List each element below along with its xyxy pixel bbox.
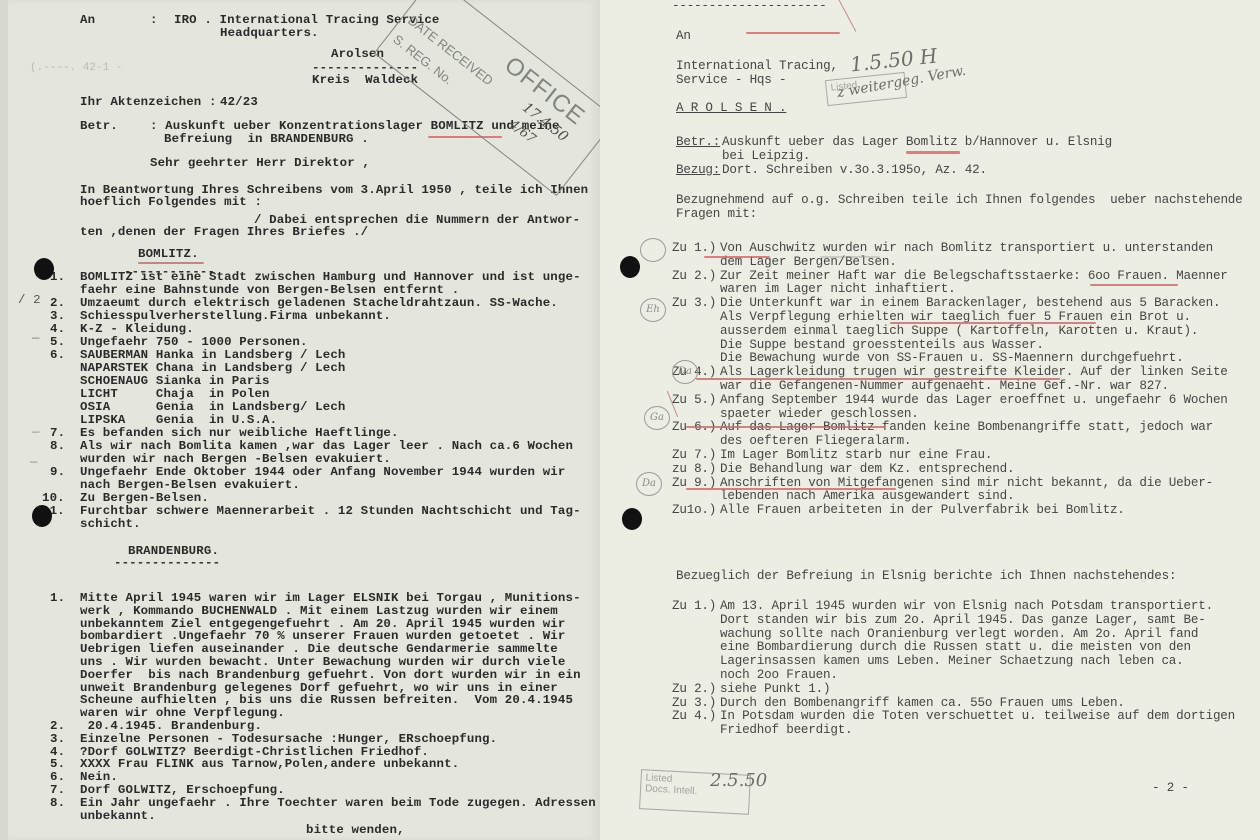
answer-line: Einzelne Personen - Todesursache :Hunger… <box>80 733 497 746</box>
answer-line: schicht. <box>80 518 141 531</box>
punch-hole <box>622 508 642 530</box>
answer-label: Zu 4.) <box>672 710 716 723</box>
punch-hole <box>620 256 640 278</box>
mail-office-stamp: OFFICE DATE RECEIVED S. REG. No. 17.4.50… <box>374 0 600 196</box>
page-number: - 2 - <box>1152 782 1189 795</box>
answer-line: Die Suppe bestand groesstenteils aus Was… <box>720 339 1044 352</box>
red-pencil-underline <box>890 322 1096 324</box>
margin-mark: — <box>32 332 40 345</box>
answer-line: Ein Jahr ungefaehr . Ihre Toechter waren… <box>80 797 596 810</box>
answer-line: Zur Zeit meiner Haft war die Belegschaft… <box>720 270 1228 283</box>
red-pencil-underline <box>686 488 896 490</box>
answer-line: Auf das Lager Bomlitz fanden keine Bombe… <box>720 421 1213 434</box>
margin-annotation: Ga <box>644 406 670 430</box>
item-number: 6. <box>50 349 65 362</box>
answer-label: Zu 7.) <box>672 449 716 462</box>
item-number: 8. <box>50 440 65 453</box>
reference-value: 42/23 <box>220 96 258 109</box>
answer-line: Von Auschwitz wurden wir nach Bomlitz tr… <box>720 242 1213 255</box>
answer-line: Friedhof beerdigt. <box>720 724 852 737</box>
heading-rule: -------------- <box>114 557 220 570</box>
answer-label: Zu 6.) <box>672 421 716 434</box>
salutation: Sehr geehrter Herr Direktor , <box>150 157 370 170</box>
punch-hole <box>34 258 54 280</box>
listed-date: 2.5.50 <box>710 770 767 791</box>
elsnig-intro: Bezueglich der Befreiung in Elsnig beric… <box>676 570 1176 583</box>
intro-line-2: hoeflich Folgendes mit : <box>80 196 262 209</box>
answer-line: Lagerinsassen kamen ums Leben. Meiner Sc… <box>720 655 1184 668</box>
answer-line: Im Lager Bomlitz starb nur eine Frau. <box>720 449 992 462</box>
answer-line: Durch den Bombenangriff kamen ca. 55o Fr… <box>720 697 1125 710</box>
recipient-line-2: Service - Hqs - <box>676 74 786 87</box>
intro-line-1: Bezugnehmend auf o.g. Schreiben teile ic… <box>676 194 1243 207</box>
an-label: An <box>80 14 95 27</box>
subject-line-2: Befreiung in BRANDENBURG . <box>164 133 369 146</box>
answer-line: wachung sollte nach Oranienburg verlegt … <box>720 628 1198 641</box>
item-number: 3. <box>50 733 65 746</box>
answer-line: Alle Frauen arbeiteten in der Pulverfabr… <box>720 504 1125 517</box>
recipient-line-1: International Tracing, <box>676 60 838 73</box>
answer-line: eine Bombardierung durch die Russen stat… <box>720 641 1191 654</box>
margin-annotation: Da <box>672 360 698 384</box>
red-pencil-underline <box>696 378 1060 380</box>
answer-line: siehe Punkt 1.) <box>720 683 830 696</box>
an-colon: : <box>150 14 158 27</box>
answer-line: war die Gefangenen-Nummer aufgenaeht. Me… <box>720 380 1169 393</box>
recipient-line-2: Headquarters. <box>220 27 319 40</box>
answer-label: Zu 1.) <box>672 242 716 255</box>
punch-hole <box>32 505 52 527</box>
answer-label: Zu 2.) <box>672 270 716 283</box>
section-heading-bomlitz: BOMLITZ. <box>138 248 199 261</box>
red-pencil-mark <box>837 0 857 32</box>
answer-line: unbekannt. <box>80 810 156 823</box>
an-label: An <box>676 30 691 43</box>
answer-line: Dort standen wir bis zum 2o. April 1945.… <box>720 614 1206 627</box>
margin-mark: / 2 <box>18 294 41 307</box>
answer-line: werk , Kommando BUCHENWALD . Mit einem L… <box>80 605 558 618</box>
margin-mark: — <box>30 456 38 469</box>
answer-line: spaeter wieder geschlossen. <box>720 408 919 421</box>
subject-label: Betr. <box>80 120 118 133</box>
answer-line: Die Unterkunft war in einem Barackenlage… <box>720 297 1220 310</box>
answer-line: dem Lager Bergen/Belsen. <box>720 256 897 269</box>
red-pencil-underline <box>686 426 886 428</box>
answer-line: lebenden nach Amerika ausgewandert sind. <box>720 490 1014 503</box>
pencil-underline <box>820 256 880 258</box>
subject-label: Betr.: <box>676 136 720 149</box>
answer-line: ausserdem einmal taeglich Suppe ( Kartof… <box>720 325 1198 338</box>
letter-page-2: --------------------- An International T… <box>600 0 1260 840</box>
intro-line-4: ten ,denen der Fragen Ihres Briefes ./ <box>80 226 368 239</box>
answer-label: Zu 5.) <box>672 394 716 407</box>
footer-turn-over: bitte wenden, <box>306 824 405 837</box>
reference-text: Dort. Schreiben v.3o.3.195o, Az. 42. <box>722 164 987 177</box>
reference-label: Ihr Aktenzeichen : <box>80 96 217 109</box>
item-number: 8. <box>50 797 65 810</box>
item-number: 9. <box>50 466 65 479</box>
letter-page-1: (.----. 42-1 - An : IRO . International … <box>8 0 600 840</box>
answer-label: Zu 1.) <box>672 600 716 613</box>
margin-mark: — <box>32 426 40 439</box>
answer-label: Zu 3.) <box>672 297 716 310</box>
answer-line: Am 13. April 1945 wurden wir von Elsnig … <box>720 600 1213 613</box>
red-pencil-underline <box>906 151 960 154</box>
answer-line: des oefteren Fliegeralarm. <box>720 435 911 448</box>
margin-annotation <box>640 238 666 262</box>
answer-line: noch 2oo Frauen. <box>720 669 838 682</box>
answer-line: Furchtbar schwere Maennerarbeit . 12 Stu… <box>80 505 581 518</box>
answer-line: Anfang September 1944 wurde das Lager er… <box>720 394 1228 407</box>
margin-annotation: Eh <box>640 298 666 322</box>
red-pencil-underline <box>1090 284 1178 286</box>
margin-annotation: Da <box>636 472 662 496</box>
answer-line: Doerfer bis nach Brandenburg gefuehrt. V… <box>80 669 581 682</box>
answer-label: Zu1o.) <box>672 504 716 517</box>
subject-line-1: Auskunft ueber das Lager Bomlitz b/Hanno… <box>722 136 1112 149</box>
top-rule: --------------------- <box>672 0 827 13</box>
answer-line: waren im Lager nicht inhaftiert. <box>720 283 955 296</box>
answer-label: zu 8.) <box>672 463 716 476</box>
intro-line-2: Fragen mit: <box>676 208 757 221</box>
red-pencil-mark <box>746 32 840 34</box>
item-number: 1. <box>50 592 65 605</box>
answer-line: In Potsdam wurden die Toten verschuettet… <box>720 710 1235 723</box>
red-pencil-underline <box>138 262 204 264</box>
answer-line: XXXX Frau FLINK aus Tarnow,Polen,andere … <box>80 758 459 771</box>
reference-label: Bezug: <box>676 164 720 177</box>
city: A R O L S E N . <box>676 102 786 115</box>
answer-label: Zu 2.) <box>672 683 716 696</box>
subject-line-2: bei Leipzig. <box>722 150 810 163</box>
answer-line: Die Bewachung wurde von SS-Frauen u. SS-… <box>720 352 1184 365</box>
answer-label: Zu 3.) <box>672 697 716 710</box>
red-pencil-underline <box>704 256 770 258</box>
answer-line: Die Behandlung war dem Kz. entsprechend. <box>720 463 1014 476</box>
scan-edge <box>0 0 8 840</box>
bleed-through-text: (.----. 42-1 - <box>30 62 122 74</box>
